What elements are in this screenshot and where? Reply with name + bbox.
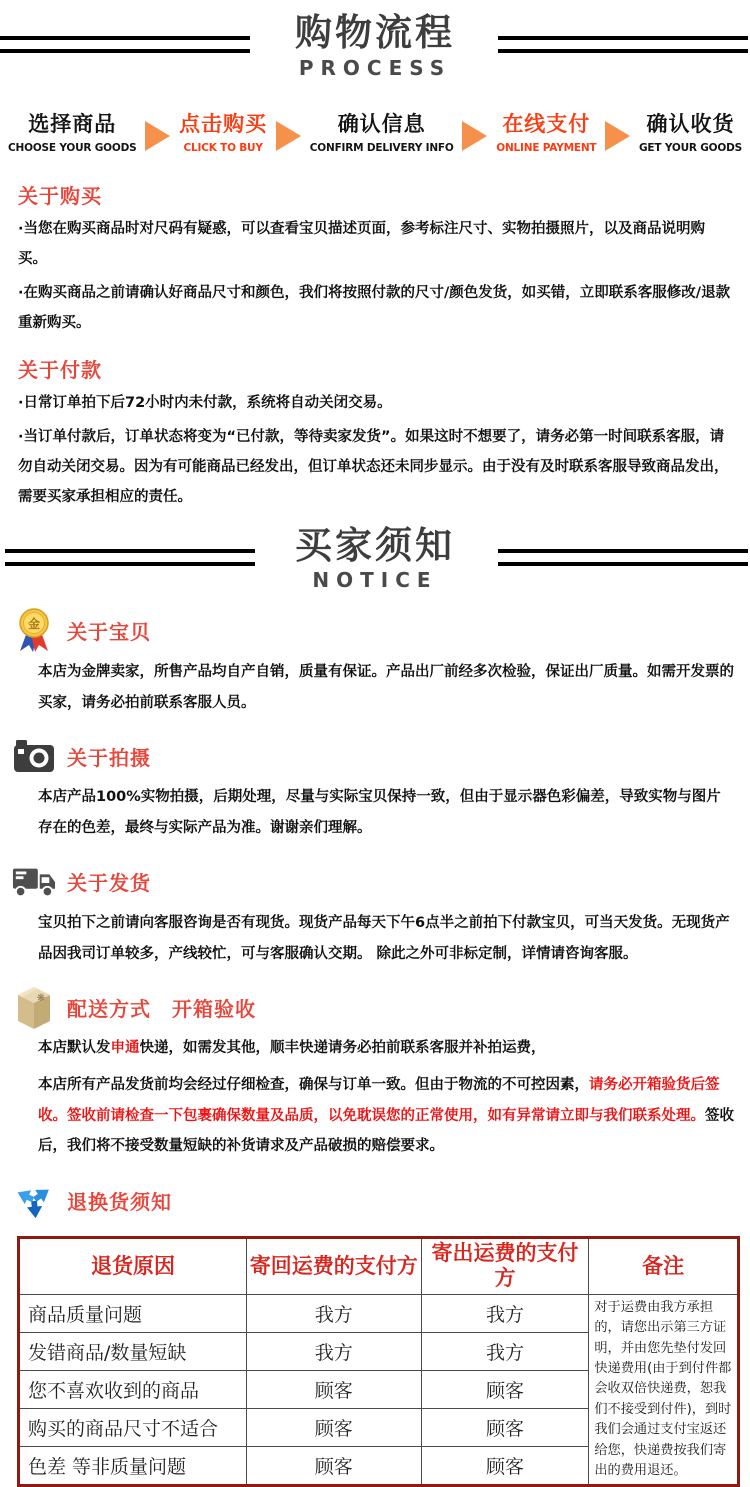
truck-icon [12,863,56,901]
step-label-en: CHOOSE YOUR GOODS [8,142,137,154]
section-about-photos: 关于拍摄 本店产品100%实物拍摄，后期处理，尽量与实际宝贝保持一致，但由于显示… [0,732,750,843]
col-header-reason: 退货原因 [19,1238,247,1294]
section-about-product: 金 关于宝贝 本店为金牌卖家，所售产品均自产自销，质量有保证。产品出厂前经多次检… [0,607,750,718]
section-heading: 配送方式 开箱验收 [67,993,256,1022]
svg-text:❋: ❋ [37,993,45,1004]
banner-left-lines [5,549,255,566]
arrow-right-icon [145,121,170,151]
notice-title-en: NOTICE [0,568,750,592]
section-heading: 关于发货 [67,867,151,896]
paragraph: 本店产品100%实物拍摄，后期处理，尽量与实际宝贝保持一致，但由于显示器色彩偏差… [38,782,735,843]
process-banner: 购物流程 PROCESS [0,0,750,88]
step-label-en: CLICK TO BUY [179,142,267,154]
svg-text:金: 金 [28,616,40,631]
recycle-icon [12,1179,56,1221]
paragraph: 本店为金牌卖家，所售产品均自产自销，质量有保证。产品出厂前经多次检验，保证出厂质… [38,657,735,718]
cell-remark: 对于运费由我方承担的，请您出示第三方证明，并由您先垫付发回快递费用(由于到付件都… [589,1294,739,1485]
cell-reason: 您不喜欢收到的商品 [19,1371,247,1409]
step-label-zh: 在线支付 [496,108,596,138]
paragraph: 本店所有产品发货前均会经过仔细检查，确保与订单一致。但由于物流的不可控因素，请务… [38,1070,735,1162]
section-return-policy: 退换货须知 退货原因 寄回运费的支付方 寄出运费的支付方 备注 商品质量问题 我… [0,1176,750,1486]
arrow-right-icon [462,121,487,151]
medal-icon: 金 [12,608,56,654]
process-step-choose-goods: 选择商品 CHOOSE YOUR GOODS [8,108,137,154]
package-box-icon: ❋ [12,983,56,1031]
banner-right-lines [498,36,748,53]
process-title-en: PROCESS [0,56,750,80]
banner-right-lines [498,549,748,566]
paragraph: 本店默认发申通快递，如需发其他，顺丰快递请务必拍前联系客服并补拍运费， [38,1033,735,1064]
section-about-shipping: 关于发货 宝贝拍下之前请向客服咨询是否有现货。现货产品每天下午6点半之前拍下付款… [0,858,750,969]
notice-banner: 买家须知 NOTICE [0,523,750,593]
section-heading: 关于宝贝 [67,616,151,645]
section-heading: 关于付款 [18,354,732,383]
section-about-buying: 关于购买 ·当您在购买商品时对尺码有疑惑，可以查看宝贝描述页面，参考标注尺寸、实… [18,180,732,338]
step-label-en: ONLINE PAYMENT [496,142,596,154]
process-step-click-to-buy: 点击购买 CLICK TO BUY [179,108,267,154]
step-label-zh: 选择商品 [8,108,137,138]
table-header-row: 退货原因 寄回运费的支付方 寄出运费的支付方 备注 [19,1238,739,1294]
paragraph: ·日常订单拍下后72小时内未付款，系统将自动关闭交易。 [18,389,732,419]
cell-return-fee: 顾客 [246,1409,421,1447]
paragraph: 宝贝拍下之前请向客服咨询是否有现货。现货产品每天下午6点半之前拍下付款宝贝，可当… [38,908,735,969]
banner-left-lines [0,36,250,53]
cell-send-fee: 我方 [421,1294,589,1332]
cell-send-fee: 顾客 [421,1447,589,1485]
table-row: 商品质量问题 我方 我方 对于运费由我方承担的，请您出示第三方证明，并由您先垫付… [19,1294,739,1332]
section-heading: 关于购买 [18,180,732,209]
step-label-zh: 确认收货 [639,108,742,138]
cell-reason: 商品质量问题 [19,1294,247,1332]
paragraph: ·当您在购买商品时对尺码有疑惑，可以查看宝贝描述页面，参考标注尺寸、实物拍摄照片… [18,215,732,275]
section-delivery-inspection: ❋ 配送方式 开箱验收 本店默认发申通快递，如需发其他，顺丰快递请务必拍前联系客… [0,983,750,1162]
cell-send-fee: 我方 [421,1332,589,1370]
paragraph: ·在购买商品之前请确认好商品尺寸和颜色，我们将按照付款的尺寸/颜色发货，如买错，… [18,279,732,339]
section-about-payment: 关于付款 ·日常订单拍下后72小时内未付款，系统将自动关闭交易。 ·当订单付款后… [18,354,732,512]
cell-return-fee: 顾客 [246,1371,421,1409]
process-step-confirm-info: 确认信息 CONFIRM DELIVERY INFO [310,108,454,154]
step-label-en: CONFIRM DELIVERY INFO [310,142,454,154]
process-flow: 选择商品 CHOOSE YOUR GOODS 点击购买 CLICK TO BUY… [0,98,750,164]
section-heading: 退换货须知 [67,1186,172,1215]
step-label-zh: 点击购买 [179,108,267,138]
cell-send-fee: 顾客 [421,1371,589,1409]
col-header-send-fee-payer: 寄出运费的支付方 [421,1238,589,1294]
arrow-right-icon [605,121,630,151]
col-header-return-fee-payer: 寄回运费的支付方 [246,1238,421,1294]
col-header-remark: 备注 [589,1238,739,1294]
cell-reason: 色差 等非质量问题 [19,1447,247,1485]
process-step-get-goods: 确认收货 GET YOUR GOODS [639,108,742,154]
section-heading: 关于拍摄 [67,742,151,771]
cell-reason: 购买的商品尺寸不适合 [19,1409,247,1447]
cell-send-fee: 顾客 [421,1409,589,1447]
arrow-right-icon [276,121,301,151]
return-policy-table: 退货原因 寄回运费的支付方 寄出运费的支付方 备注 商品质量问题 我方 我方 对… [17,1236,740,1486]
step-label-zh: 确认信息 [310,108,454,138]
camera-icon [12,739,56,773]
process-step-online-payment: 在线支付 ONLINE PAYMENT [496,108,596,154]
cell-return-fee: 顾客 [246,1447,421,1485]
cell-return-fee: 我方 [246,1294,421,1332]
step-label-en: GET YOUR GOODS [639,142,742,154]
cell-reason: 发错商品/数量短缺 [19,1332,247,1370]
paragraph: ·当订单付款后，订单状态将变为“已付款，等待卖家发货”。如果这时不想要了，请务必… [18,423,732,513]
cell-return-fee: 我方 [246,1332,421,1370]
